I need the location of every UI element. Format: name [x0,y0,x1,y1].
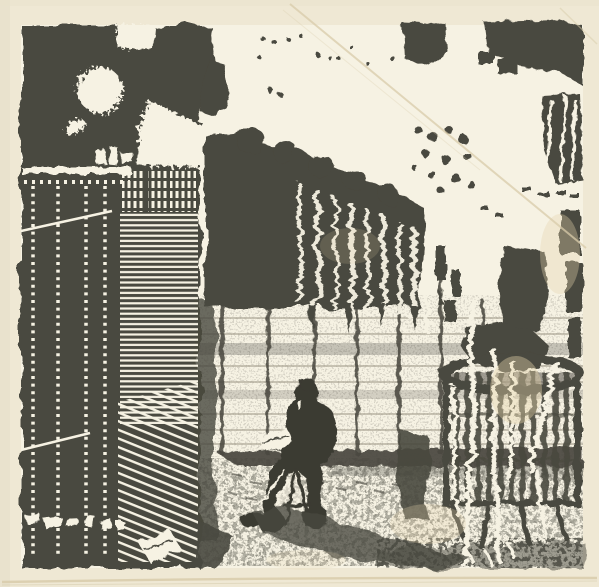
sleeve-photo-art [0,0,599,587]
figure-head [300,379,316,391]
photo-print [21,20,583,568]
paper-edge-shade [0,0,10,587]
left-coil-structure [21,25,228,568]
record-sleeve [0,0,599,587]
coil-winding [118,170,198,562]
discharge-glow-ball [77,67,123,113]
